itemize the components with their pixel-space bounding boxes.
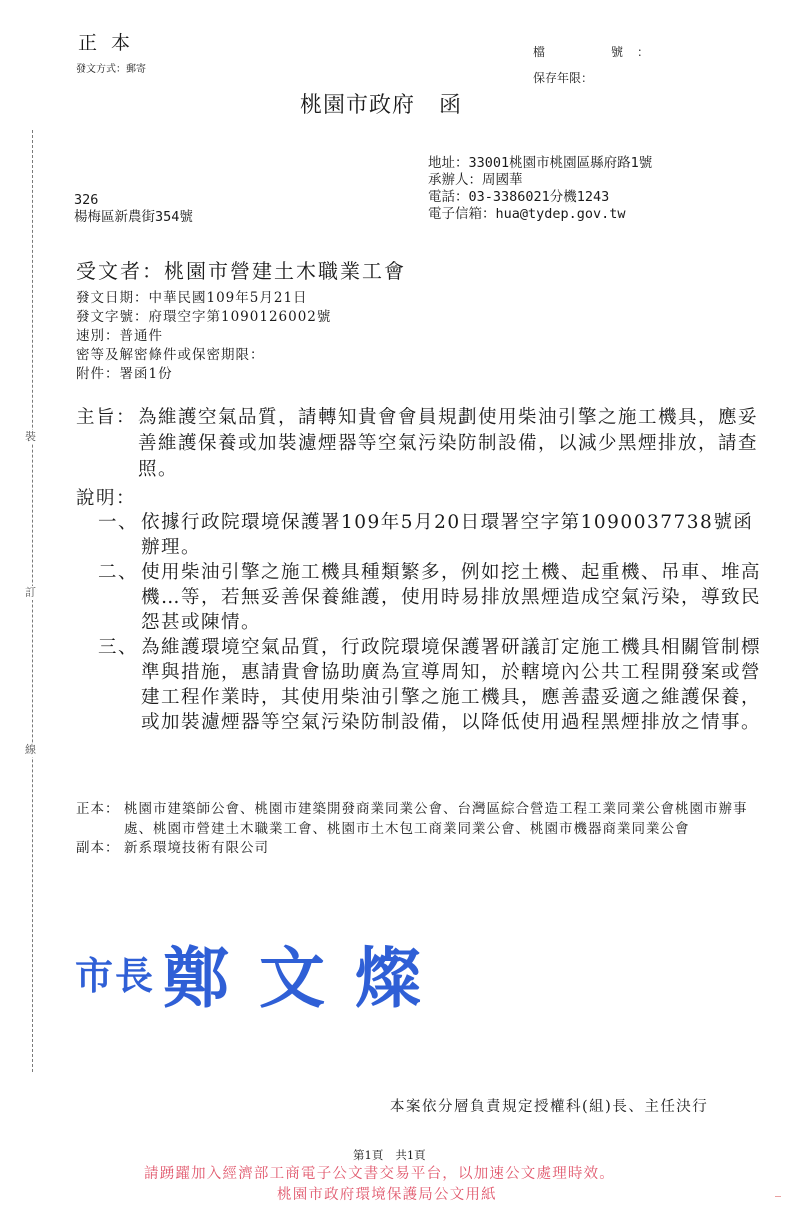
binding-char-ding: 訂 [25,586,36,600]
subject-text: 為維護空氣品質，請轉知貴會會員規劃使用柴油引擎之施工機具，應妥善維護保養或加裝濾… [76,405,766,483]
sender-phone: 電話：03-3386021分機1243 [428,189,652,206]
explanation-items: 一、 依據行政院環境保護署109年5月20日環署空字第1090037738號函辦… [98,510,768,735]
footer-promo: 請踴躍加入經濟部工商電子公文書交易平台，以加速公文處理時效。 [144,1162,615,1183]
item-text: 依據行政院環境保護署109年5月20日環署空字第1090037738號函辦理。 [141,512,753,558]
document-title: 桃園市政府函 [300,88,462,119]
file-number: 檔 號： [533,43,649,60]
copy-recipients: 副本： 新系環境技術有限公司 [76,839,766,859]
recipient-address: 326 楊梅區新農街354號 [74,192,193,226]
seal-title: 市長 [75,953,155,998]
document-kind: 函 [439,93,462,118]
issuing-org: 桃園市政府 [300,93,415,118]
authority-note: 本案依分層負責規定授權科(組)長、主任決行 [390,1095,708,1116]
total-pages: 共1頁 [395,1148,425,1162]
attachment: 附件：署函1份 [76,365,331,384]
item-number: 二、 [98,560,138,585]
seal-name: 鄭文燦 [163,939,451,1017]
recipient-street: 楊梅區新農街354號 [74,209,193,226]
sender-email: 電子信箱：hua@tydep.gov.tw [428,206,652,223]
file-number-label: 檔 號 [533,45,637,59]
original-label: 正本： [76,800,120,820]
binding-char-xian: 線 [25,743,36,757]
item-text: 為維護環境空氣品質，行政院環境保護署研議訂定施工機具相關管制標準與措施，惠請貴會… [141,637,761,733]
original-recipients: 正本： 桃園市建築師公會、桃園市建築開發商業同業公會、台灣區綜合營造工程工業同業… [76,800,766,839]
item-text: 使用柴油引擎之施工機具種類繁多，例如挖土機、起重機、吊車、堆高機…等，若無妥善保… [141,562,761,633]
retention-period: 保存年限： [533,69,593,86]
sender-info: 地址：33001桃園市桃園區縣府路1號 承辦人：周國華 電話：03-338602… [428,155,652,223]
copy-type: 正本 [78,28,144,55]
subject-label: 主旨： [76,405,136,431]
footer-paper-label: 桃園市政府環境保護局公文用紙 [277,1183,497,1204]
document-number: 發文字號：府環空字第1090126002號 [76,308,331,327]
recipient-postcode: 326 [74,192,193,209]
document-meta: 發文日期：中華民國109年5月21日 發文字號：府環空字第1090126002號… [76,289,331,384]
item-number: 一、 [98,510,138,535]
file-number-colon: ： [637,45,649,59]
binding-line [32,130,33,1072]
retention-label: 保存年限： [533,71,593,85]
explanation-item: 一、 依據行政院環境保護署109年5月20日環署空字第1090037738號函辦… [98,510,768,560]
copy-label: 副本： [76,839,120,859]
copy-list: 新系環境技術有限公司 [124,840,269,856]
sender-address: 地址：33001桃園市桃園區縣府路1號 [428,155,652,172]
current-page: 第1頁 [353,1148,383,1162]
security-class: 密等及解密條件或保密期限： [76,346,331,365]
binding-char-zhuang: 裝 [25,430,36,444]
distribution-list: 正本： 桃園市建築師公會、桃園市建築開發商業同業公會、台灣區綜合營造工程工業同業… [76,800,766,859]
explanation-item: 二、 使用柴油引擎之施工機具種類繁多，例如挖土機、起重機、吊車、堆高機…等，若無… [98,560,768,635]
item-number: 三、 [98,635,138,660]
explanation-item: 三、 為維護環境空氣品質，行政院環境保護署研議訂定施工機具相關管制標準與措施，惠… [98,635,768,735]
stray-mark [775,1196,781,1197]
explanation-label: 說明： [76,484,136,510]
subject: 主旨： 為維護空氣品質，請轉知貴會會員規劃使用柴油引擎之施工機具，應妥善維護保養… [76,405,766,483]
recipient: 受文者：桃園市營建土木職業工會 [76,255,406,284]
send-method: 發文方式：郵寄 [76,60,146,75]
page-number: 第1頁共1頁 [353,1147,426,1163]
issue-date: 發文日期：中華民國109年5月21日 [76,289,331,308]
speed-class: 速別：普通件 [76,327,331,346]
mayor-seal: 市長鄭文燦 [75,925,451,1020]
original-list: 桃園市建築師公會、桃園市建築開發商業同業公會、台灣區綜合營造工程工業同業公會桃園… [124,801,748,837]
sender-contact: 承辦人：周國華 [428,172,652,189]
